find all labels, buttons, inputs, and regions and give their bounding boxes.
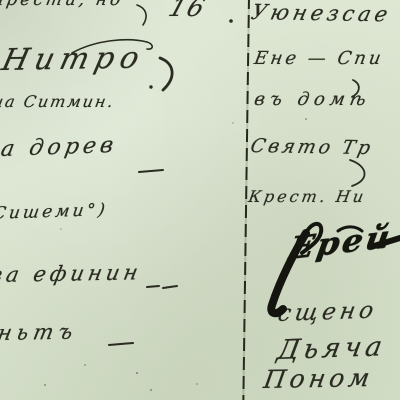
handwritten-line: Сишеми°) [0, 202, 109, 223]
handwritten-line: Уюнезсае [249, 2, 393, 25]
register-page-scan: прести, но Нитро на Ситмин. а дорев Сише… [0, 0, 400, 400]
period-dot [229, 19, 233, 23]
priest-signature: Ерей [287, 222, 394, 265]
handwritten-line: а дорев [0, 135, 119, 161]
flourish-tail [350, 160, 365, 186]
dash-stroke [109, 343, 133, 345]
dash-stroke [163, 286, 177, 288]
handwritten-line: Нитро [0, 44, 148, 76]
handwritten-line: сщено [276, 300, 379, 326]
handwritten-line: Дьяча [275, 333, 388, 364]
handwritten-line: Крест. Ни [247, 189, 367, 205]
handwritten-line: Ене — Спи [253, 50, 385, 68]
handwritten-line: ва ефинин [0, 262, 144, 286]
entry-number: 16 [166, 0, 210, 20]
handwritten-line: на Ситмин. [0, 94, 116, 110]
handwritten-line: прести, но [0, 0, 125, 9]
handwritten-line: Поном [262, 365, 375, 392]
handwritten-line: ньтъ [0, 322, 79, 344]
handwritten-line: въ домѣ [253, 91, 372, 109]
column-rule-left [150, 0, 154, 400]
dash-stroke [147, 286, 159, 287]
paper-specks [0, 0, 2, 2]
flourish-stroke [137, 5, 146, 25]
flourish-bracket [160, 58, 172, 90]
handwritten-line: Свято Тр [249, 137, 375, 158]
